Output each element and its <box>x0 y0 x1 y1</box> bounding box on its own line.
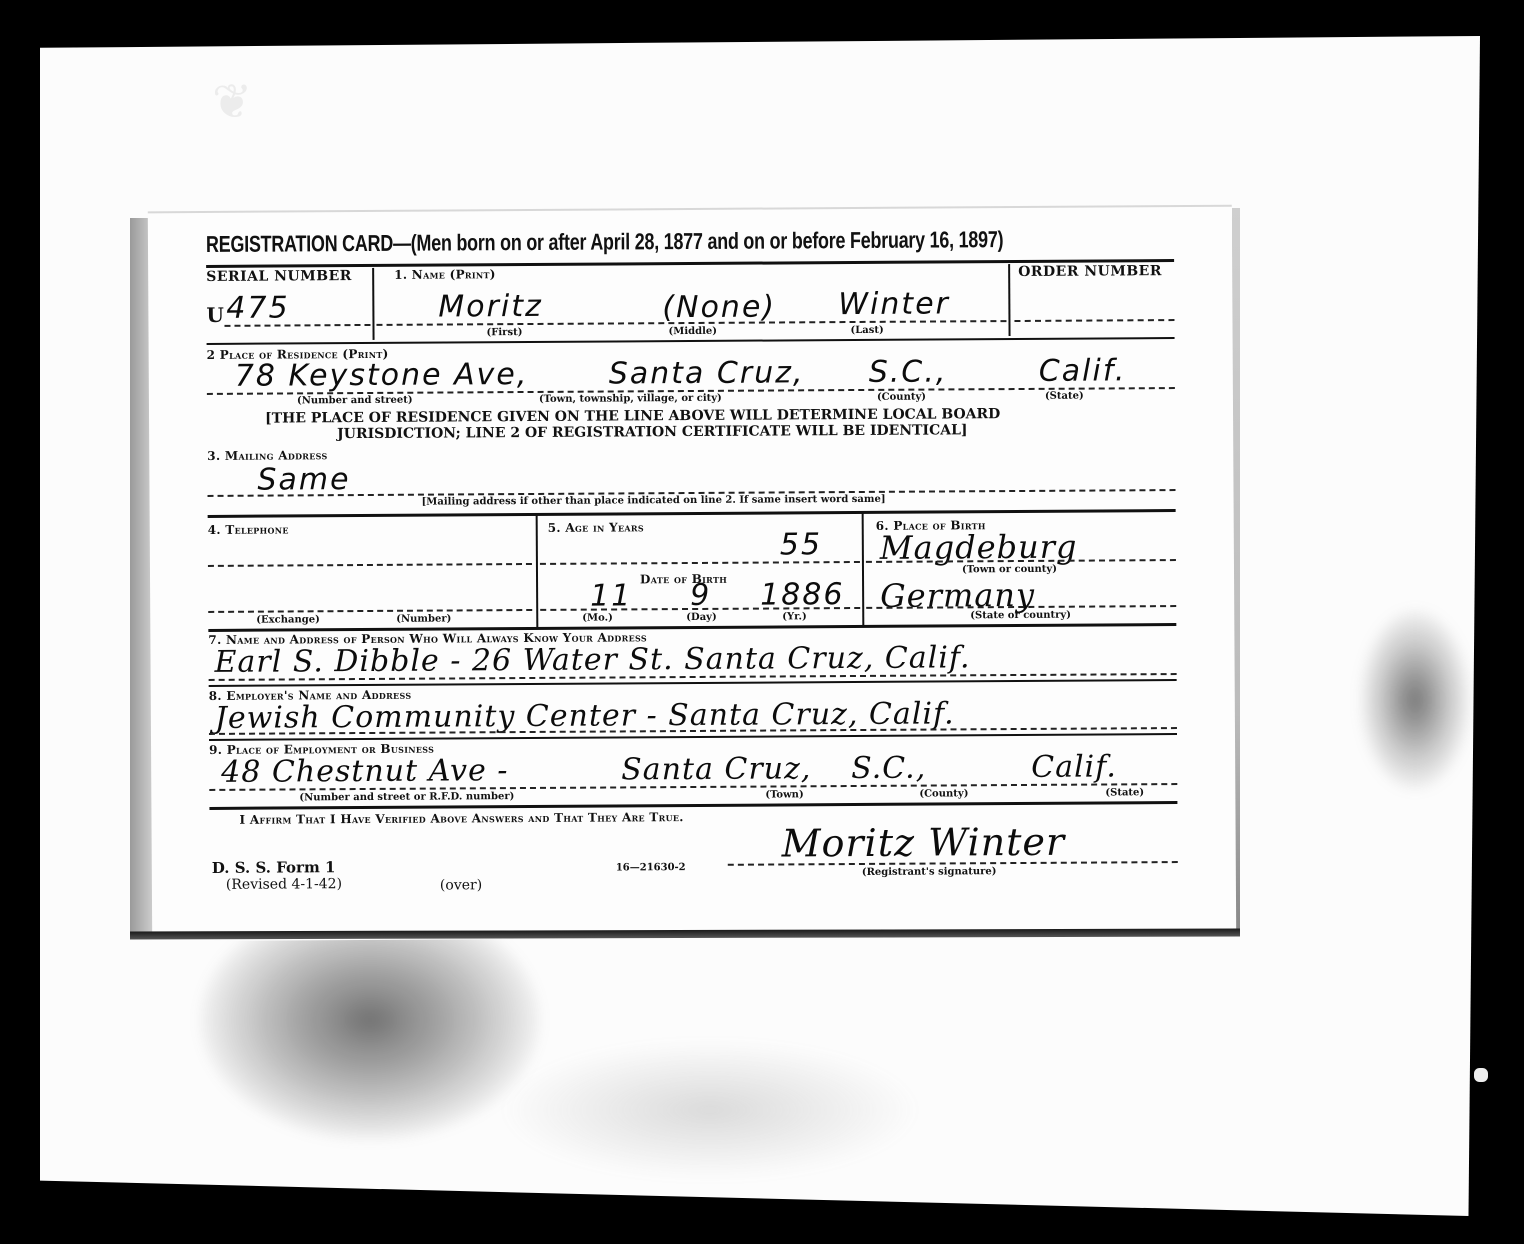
divider <box>208 623 1176 632</box>
last-caption: (Last) <box>850 325 883 336</box>
divider <box>208 509 1176 518</box>
state-or-country-caption: (State or country) <box>970 610 1071 622</box>
serial-number-label: SERIAL NUMBER <box>206 268 352 285</box>
registration-card: REGISTRATION CARD—(Men born on or after … <box>148 205 1236 942</box>
employment-street-value: 48 Chestnut Ave - <box>221 753 508 790</box>
mailing-address-value: Same <box>257 462 350 498</box>
jurisdiction-notice-line2: JURISDICTION; LINE 2 OF REGISTRATION CER… <box>337 422 967 442</box>
employment-state-caption: (State) <box>1105 787 1144 798</box>
middle-name-value: (None) <box>662 289 776 325</box>
divider <box>1008 264 1010 336</box>
number-caption: (Number) <box>396 613 451 624</box>
town-or-county-caption: (Town or county) <box>962 564 1057 576</box>
last-name-value: Winter <box>838 286 950 322</box>
registrant-signature: Moritz Winter <box>782 820 1066 866</box>
age-value: 55 <box>780 527 822 562</box>
year-caption: (Yr.) <box>782 611 807 622</box>
form-id: D. S. S. Form 1 <box>212 858 336 877</box>
state-caption: (State) <box>1045 391 1084 402</box>
form-revision: (Revised 4-1-42) <box>226 876 342 893</box>
residence-state-value: Calif. <box>1039 353 1127 389</box>
month-caption: (Mo.) <box>582 612 613 623</box>
employment-town-caption: (Town) <box>765 789 803 800</box>
town-caption: (Town, township, village, or city) <box>539 393 722 405</box>
divider <box>207 337 1175 345</box>
street-caption: (Number and street) <box>297 395 413 407</box>
serial-line <box>224 324 370 327</box>
over-note: (over) <box>440 877 482 893</box>
mailing-caption: [Mailing address if other than place ind… <box>422 494 886 508</box>
order-number-line <box>1014 319 1174 322</box>
employment-town-value: Santa Cruz, <box>621 751 811 787</box>
divider <box>862 513 865 625</box>
age-line <box>540 561 860 565</box>
employment-county-value: S.C., <box>851 751 926 786</box>
middle-caption: (Middle) <box>668 326 717 337</box>
mailing-address-label: 3. Mailing Address <box>207 448 327 463</box>
name-label: 1. Name (Print) <box>394 267 496 282</box>
dust-speck <box>1474 1068 1488 1082</box>
residence-county-value: S.C., <box>869 354 948 389</box>
employment-street-caption: (Number and street or R.F.D. number) <box>299 791 514 803</box>
date-of-birth-label: Date of Birth <box>640 572 727 587</box>
residence-street-value: 78 Keystone Ave, <box>235 357 529 394</box>
order-number-label: ORDER NUMBER <box>1018 263 1162 280</box>
employment-county-caption: (County) <box>919 788 968 799</box>
serial-number-value: 475 <box>226 290 289 325</box>
signature-caption: (Registrant's signature) <box>862 866 997 878</box>
print-code: 16—21630-2 <box>616 862 686 873</box>
first-caption: (First) <box>486 327 522 338</box>
leaf-watermark-icon: ❦ <box>212 76 264 128</box>
scan-stain <box>500 1040 920 1180</box>
divider <box>209 679 1177 687</box>
first-name-value: Moritz <box>438 289 543 325</box>
divider <box>372 268 374 340</box>
exchange-caption: (Exchange) <box>256 614 320 625</box>
contact-person-value: Earl S. Dibble - 26 Water St. Santa Cruz… <box>214 640 970 680</box>
county-caption: (County) <box>877 392 926 403</box>
affirmation-text: I Affirm That I Have Verified Above Answ… <box>239 810 683 827</box>
serial-prefix: U <box>206 303 224 327</box>
telephone-line <box>208 563 532 567</box>
scan-stain <box>1360 610 1470 790</box>
age-label: 5. Age in Years <box>548 520 644 535</box>
residence-town-value: Santa Cruz, <box>609 355 805 391</box>
telephone-label: 4. Telephone <box>208 522 289 536</box>
telephone-line <box>208 609 532 613</box>
card-title: REGISTRATION CARD—(Men born on or after … <box>206 226 1004 258</box>
day-caption: (Day) <box>686 612 717 623</box>
birth-country-value: Germany <box>880 576 1035 615</box>
divider <box>536 515 539 627</box>
employment-state-value: Calif. <box>1031 749 1117 785</box>
